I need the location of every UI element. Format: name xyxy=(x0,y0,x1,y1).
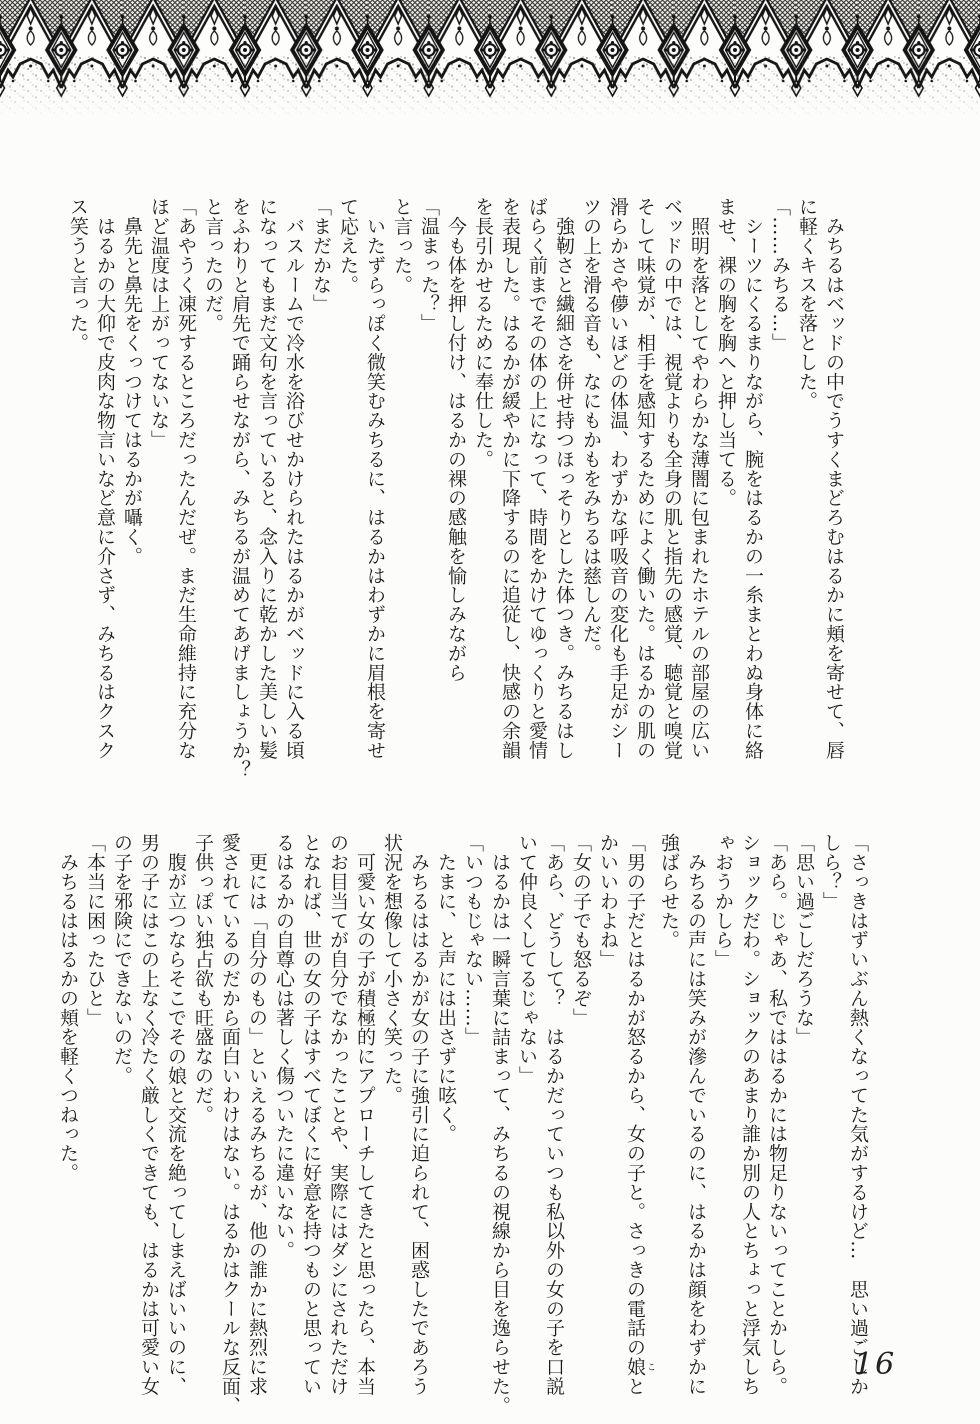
text-line: 照明を落としてやわらかな薄闇に包まれたホテルの部屋の広い xyxy=(685,197,712,761)
text-line: ベッドの中では、視覚よりも全身の肌と指先の感覚、聴覚と嗅覚 xyxy=(658,197,685,761)
book-page: みちるはベッドの中でうすくまどろむはるかに頬を寄せて、唇に軽くキスを落とした。「… xyxy=(0,0,980,1424)
text-line: 「女の子でも怒るぞ」 xyxy=(567,833,594,1409)
text-line: 「さっきはずいぶん熱くなってた気がするけど… 思い過ごしか xyxy=(844,833,871,1409)
text-line: ツの上を滑る音も、なにもかもをみちるは慈しんだ。 xyxy=(577,197,604,761)
text-line: 今も体を押し付け、はるかの裸の感触を愉しみながら xyxy=(442,197,469,761)
text-line: ませ、裸の胸を胸へと押し当てる。 xyxy=(712,197,739,761)
text-line: 「思い過ごしだろうな」 xyxy=(790,833,817,1409)
text-line: 「本当に困ったひと」 xyxy=(81,833,108,1409)
text-line: はるかは一瞬言葉に詰まって、みちるの視線から目を逸らせた。 xyxy=(486,833,513,1409)
text-line: 「まだかな」 xyxy=(307,197,334,761)
text-line: をふわりと肩先で踊らせながら、みちるが温めてあげましょうか？ xyxy=(226,197,253,761)
text-line: となれば、世の女の子はすべてぼくに好意を持つものと思ってい xyxy=(297,833,324,1409)
text-line: 男の子にはこの上なく冷たく厳しくできても、はるかは可愛い女 xyxy=(135,833,162,1409)
text-line: かいいわよね」 xyxy=(594,833,621,1409)
text-block-bottom: 「さっきはずいぶん熱くなってた気がするけど… 思い過ごしかしら？」「思い過ごしだ… xyxy=(54,833,871,1409)
text-block-top: みちるはベッドの中でうすくまどろむはるかに頬を寄せて、唇に軽くキスを落とした。「… xyxy=(64,197,847,761)
text-line: ショックだわ。ショックのあまり誰か別の人とちょっと浮気しち xyxy=(736,833,763,1409)
text-line: 愛されているのだから面白いわけはない。はるかはクールな反面、 xyxy=(216,833,243,1409)
text-line: を表現した。はるかが緩やかに下降するのに追従し、快感の余韻 xyxy=(496,197,523,761)
text-line: と言ったのだ。 xyxy=(199,197,226,761)
text-line: いたずらっぽく微笑むみちるに、はるかはわずかに眉根を寄せ xyxy=(361,197,388,761)
text-line: はるかの大仰で皮肉な物言いなど意に介さず、みちるはクスク xyxy=(91,197,118,761)
text-line: 「男の子だとはるかが怒るから、女の子と。さっきの電話の娘こと xyxy=(621,833,655,1409)
text-line: ゃおうかしら」 xyxy=(709,833,736,1409)
lace-pattern-graphic xyxy=(0,0,980,118)
text-line: バスルームで冷水を浴びせかけられたはるかがベッドに入る頃 xyxy=(280,197,307,761)
text-line: 「……みちる…」 xyxy=(766,197,793,761)
text-line: に軽くキスを落とした。 xyxy=(793,197,820,761)
text-line: しら？」 xyxy=(817,833,844,1409)
text-line: 可愛い女の子が積極的にアプローチしてきたと思ったら、本当 xyxy=(351,833,378,1409)
text-line: 状況を想像して小さく笑った。 xyxy=(378,833,405,1409)
text-line: 更には「自分のもの」といえるみちるが、他の誰かに熱烈に求 xyxy=(243,833,270,1409)
text-line: 「温まった？」 xyxy=(415,197,442,761)
text-line: たまに、と声には出さずに呟く。 xyxy=(432,833,459,1409)
text-line: 子供っぽい独占欲も旺盛なのだ。 xyxy=(189,833,216,1409)
text-line: のお目当てが自分でなかったことや、実際にはダシにされただけ xyxy=(324,833,351,1409)
text-line: いて仲良くしてるじゃない」 xyxy=(513,833,540,1409)
text-line: ほど温度は上がってないな」 xyxy=(145,197,172,761)
text-line: を長引かせるために奉仕した。 xyxy=(469,197,496,761)
text-line: 強靭さと繊細さを併せ持つほっそりとした体つき。みちるはし xyxy=(550,197,577,761)
text-line: 強ばらせた。 xyxy=(655,833,682,1409)
text-line: 滑らかさや儚いほどの体温、わずかな呼吸音の変化も手足がシー xyxy=(604,197,631,761)
text-line: になってもまだ文句を言っていると、念入りに乾かした美しい髪 xyxy=(253,197,280,761)
text-line: て応えた。 xyxy=(334,197,361,761)
text-line: みちるははるかの頬を軽くつねった。 xyxy=(54,833,81,1409)
text-line: と言った。 xyxy=(388,197,415,761)
lace-border-ornament xyxy=(0,0,980,118)
text-line: 鼻先と鼻先をくっつけてはるかが囁く。 xyxy=(118,197,145,761)
text-line: 「あら、どうして？ はるかだっていつも私以外の女の子を口説 xyxy=(540,833,567,1409)
text-line: るはるかの自尊心は著しく傷ついたに違いない。 xyxy=(270,833,297,1409)
page-number: 16 xyxy=(854,1347,896,1382)
text-line: ス笑うと言った。 xyxy=(64,197,91,761)
text-line: シーツにくるまりながら、腕をはるかの一糸まとわぬ身体に絡 xyxy=(739,197,766,761)
text-line: 「あら。じゃあ、私でははるかには物足りないってことかしら。 xyxy=(763,833,790,1409)
text-line: みちるの声には笑みが滲んでいるのに、はるかは顔をわずかに xyxy=(682,833,709,1409)
text-line: みちるははるかが女の子に強引に迫られて、困惑したであろう xyxy=(405,833,432,1409)
text-line: そして味覚が、相手を感知するためによく働いた。はるかの肌の xyxy=(631,197,658,761)
text-line: 腹が立つならそこでその娘と交流を絶ってしまえばいいのに、 xyxy=(162,833,189,1409)
text-line: の子を邪険にできないのだ。 xyxy=(108,833,135,1409)
text-line: 「いつもじゃない……」 xyxy=(459,833,486,1409)
text-line: みちるはベッドの中でうすくまどろむはるかに頬を寄せて、唇 xyxy=(820,197,847,761)
text-line: ばらく前までその体の上になって、時間をかけてゆっくりと愛情 xyxy=(523,197,550,761)
text-line: 「あやうく凍死するところだったんだぜ。まだ生命維持に充分な xyxy=(172,197,199,761)
